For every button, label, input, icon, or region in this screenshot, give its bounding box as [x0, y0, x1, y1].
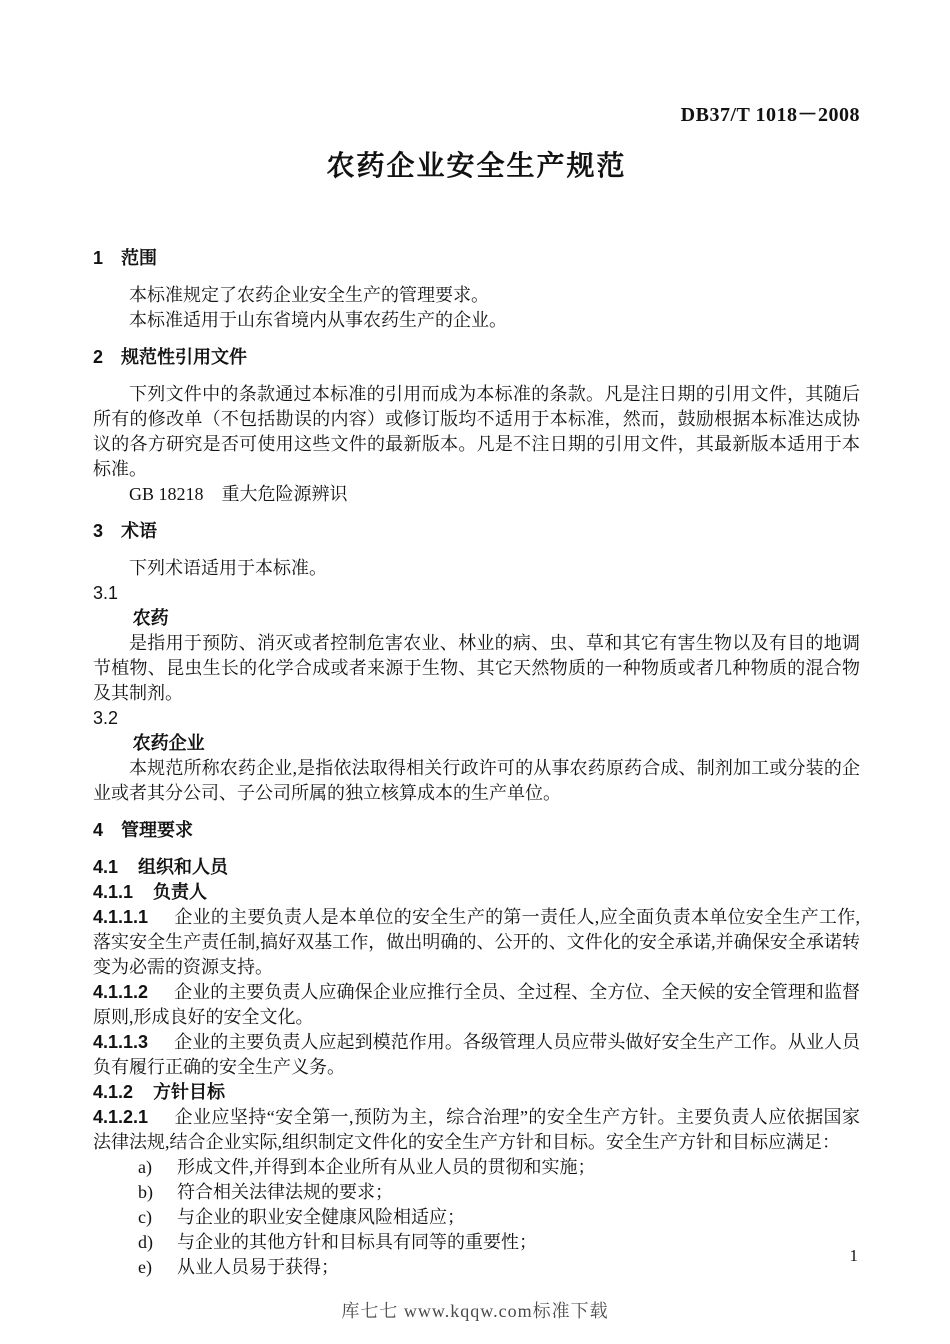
list-item-label: b)	[138, 1180, 177, 1205]
list-item-text: 从业人员易于获得；	[177, 1257, 339, 1277]
section-4-1-2-title: 方针目标	[153, 1082, 225, 1102]
section-3-heading: 3术语	[93, 519, 860, 544]
clause-4-1-1-3-text: 企业的主要负责人应起到模范作用。各级管理人员应带头做好安全生产工作。从业人员负有…	[93, 1032, 860, 1077]
clause-4-1-1-1: 4.1.1.1企业的主要负责人是本单位的安全生产的第一责任人,应全面负责本单位安…	[93, 905, 860, 980]
section-1-title: 范围	[121, 248, 157, 268]
section-1-heading: 1范围	[93, 246, 860, 271]
list-item: d)与企业的其他方针和目标具有同等的重要性；	[93, 1230, 860, 1255]
section-4-1-1-heading: 4.1.1负责人	[93, 880, 860, 905]
term-3-1-number: 3.1	[93, 581, 860, 606]
section-4-1-1-title: 负责人	[153, 882, 207, 902]
list-item-text: 形成文件,并得到本企业所有从业人员的贯彻和实施；	[177, 1157, 596, 1177]
list-item-label: c)	[138, 1205, 177, 1230]
list-item-label: e)	[138, 1255, 177, 1280]
section-4-1-1-number: 4.1.1	[93, 882, 133, 902]
clause-4-1-2-1-text: 企业应坚持“安全第一,预防为主，综合治理”的安全生产方针。主要负责人应依据国家法…	[93, 1107, 860, 1152]
section-2-title: 规范性引用文件	[121, 347, 247, 367]
list-item: e)从业人员易于获得；	[93, 1255, 860, 1280]
clause-4-1-1-1-number: 4.1.1.1	[93, 907, 148, 927]
list-item-label: a)	[138, 1155, 177, 1180]
section-4-1-2-heading: 4.1.2方针目标	[93, 1080, 860, 1105]
term-3-1-name: 农药	[93, 606, 860, 631]
list-item-text: 与企业的职业安全健康风险相适应；	[177, 1207, 465, 1227]
clause-4-1-1-2: 4.1.1.2企业的主要负责人应确保企业应推行全员、全过程、全方位、全天候的安全…	[93, 980, 860, 1030]
list-item: a)形成文件,并得到本企业所有从业人员的贯彻和实施；	[93, 1155, 860, 1180]
section-3-paragraph: 下列术语适用于本标准。	[93, 556, 860, 581]
term-3-2-number: 3.2	[93, 706, 860, 731]
list-item: c)与企业的职业安全健康风险相适应；	[93, 1205, 860, 1230]
document-page: DB37/T 1018－2008 农药企业安全生产规范 1范围 本标准规定了农药…	[0, 0, 950, 1344]
section-4-1-2-number: 4.1.2	[93, 1082, 133, 1102]
section-1-paragraph: 本标准规定了农药企业安全生产的管理要求。	[93, 283, 860, 308]
section-2-paragraph: 下列文件中的条款通过本标准的引用而成为本标准的条款。凡是注日期的引用文件，其随后…	[93, 382, 860, 482]
section-1-number: 1	[93, 248, 103, 268]
section-4-1-heading: 4.1组织和人员	[93, 855, 860, 880]
list-item-text: 与企业的其他方针和目标具有同等的重要性；	[177, 1232, 537, 1252]
section-4-1-title: 组织和人员	[138, 857, 228, 877]
clause-4-1-1-3: 4.1.1.3企业的主要负责人应起到模范作用。各级管理人员应带头做好安全生产工作…	[93, 1030, 860, 1080]
list-item-text: 符合相关法律法规的要求；	[177, 1182, 393, 1202]
term-3-2-definition: 本规范所称农药企业,是指依法取得相关行政许可的从事农药原药合成、制剂加工或分装的…	[93, 756, 860, 806]
section-2-heading: 2规范性引用文件	[93, 345, 860, 370]
clause-4-1-2-1: 4.1.2.1企业应坚持“安全第一,预防为主，综合治理”的安全生产方针。主要负责…	[93, 1105, 860, 1155]
normative-reference: GB 18218 重大危险源辨识	[93, 482, 860, 507]
list-item: b)符合相关法律法规的要求；	[93, 1180, 860, 1205]
section-4-heading: 4管理要求	[93, 818, 860, 843]
section-1-paragraph: 本标准适用于山东省境内从事农药生产的企业。	[93, 308, 860, 333]
clause-4-1-2-1-number: 4.1.2.1	[93, 1107, 148, 1127]
list-item-label: d)	[138, 1230, 177, 1255]
section-4-title: 管理要求	[121, 820, 193, 840]
document-title: 农药企业安全生产规范	[93, 149, 860, 183]
term-3-1-definition: 是指用于预防、消灭或者控制危害农业、林业的病、虫、草和其它有害生物以及有目的地调…	[93, 631, 860, 706]
clause-4-1-1-1-text: 企业的主要负责人是本单位的安全生产的第一责任人,应全面负责本单位安全生产工作,落…	[93, 907, 860, 977]
section-3-number: 3	[93, 521, 103, 541]
clause-4-1-1-2-number: 4.1.1.2	[93, 982, 148, 1002]
watermark-text: 库七七 www.kqqw.com标准下载	[0, 1300, 950, 1322]
clause-4-1-1-2-text: 企业的主要负责人应确保企业应推行全员、全过程、全方位、全天候的安全管理和监督原则…	[93, 982, 860, 1027]
clause-4-1-1-3-number: 4.1.1.3	[93, 1032, 148, 1052]
document-content: DB37/T 1018－2008 农药企业安全生产规范 1范围 本标准规定了农药…	[93, 0, 860, 1280]
standard-code: DB37/T 1018－2008	[93, 104, 860, 126]
term-3-2-name: 农药企业	[93, 731, 860, 756]
section-4-1-number: 4.1	[93, 857, 118, 877]
page-number: 1	[850, 1246, 859, 1266]
section-3-title: 术语	[121, 521, 157, 541]
section-4-number: 4	[93, 820, 103, 840]
section-2-number: 2	[93, 347, 103, 367]
